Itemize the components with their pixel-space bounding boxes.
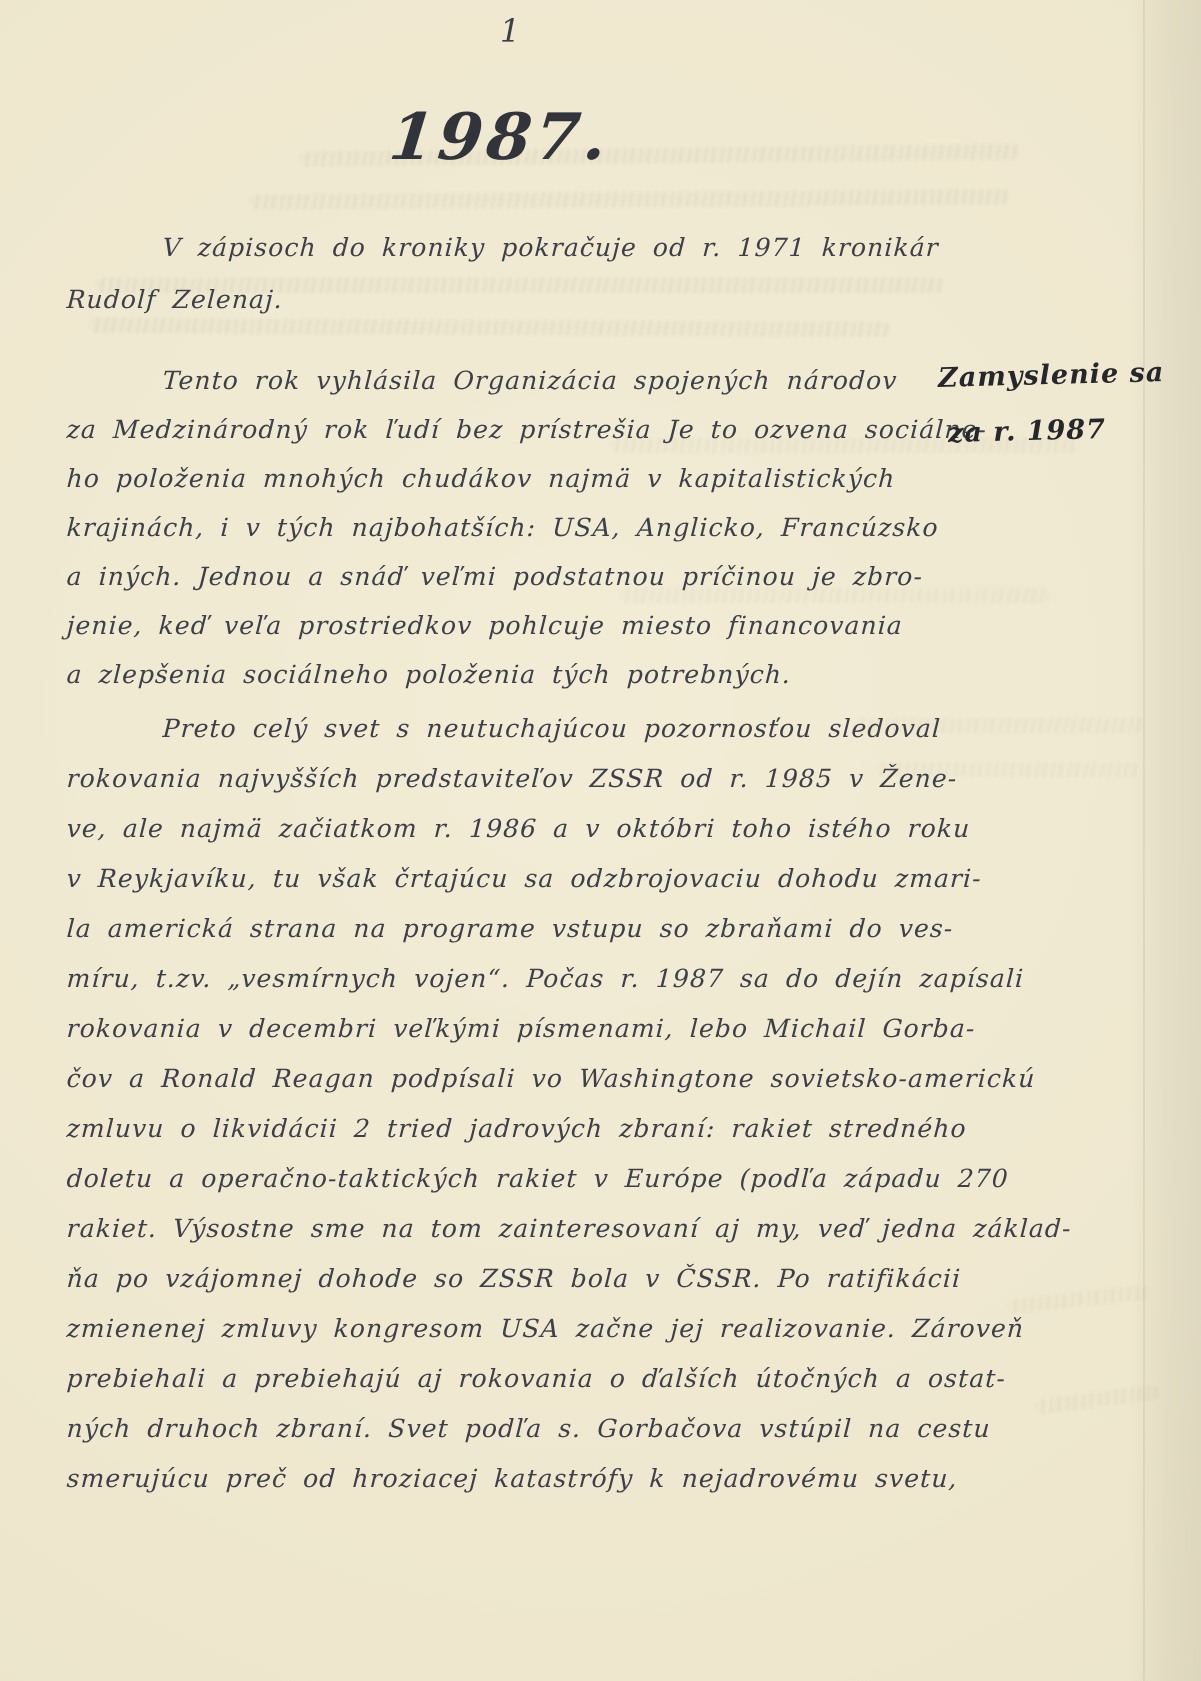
text-line: Preto celý svet s neutuchajúcou pozornos… bbox=[65, 704, 1068, 754]
text-line: a iných. Jednou a snáď veľmi podstatnou … bbox=[65, 552, 1068, 601]
text-line: jenie, keď veľa prostriedkov pohlcuje mi… bbox=[65, 601, 1068, 650]
bleedthrough-mark bbox=[250, 189, 1010, 209]
text-line: rakiet. Výsostne sme na tom zainteresova… bbox=[65, 1204, 1068, 1254]
text-line: rokovania v decembri veľkými písmenami, … bbox=[65, 1004, 1068, 1054]
paragraph-intro: V zápisoch do kroniky pokračuje od r. 19… bbox=[68, 222, 1068, 326]
text-line: zmluvu o likvidácii 2 tried jadrových zb… bbox=[65, 1104, 1068, 1154]
page-crease bbox=[1143, 0, 1145, 1681]
text-line: Rudolf Zelenaj. bbox=[65, 274, 1068, 326]
chronicle-page: 1 1987. V zápisoch do kroniky pokračuje … bbox=[0, 0, 1201, 1681]
text-line: ho položenia mnohých chudákov najmä v ka… bbox=[65, 454, 1068, 503]
page-number: 1 bbox=[0, 12, 1020, 50]
text-line: rokovania najvyšších predstaviteľov ZSSR… bbox=[65, 754, 1068, 804]
text-line: čov a Ronald Reagan podpísali vo Washing… bbox=[65, 1054, 1068, 1104]
text-line: krajinách, i v tých najbohatších: USA, A… bbox=[65, 503, 1068, 552]
text-line: zmienenej zmluvy kongresom USA začne jej… bbox=[65, 1304, 1068, 1354]
text-line: za Medzinárodný rok ľudí bez prístrešia … bbox=[65, 405, 1068, 454]
text-line: v Reykjavíku, tu však črtajúcu sa odzbro… bbox=[65, 854, 1068, 904]
paragraph-un-year: Tento rok vyhlásila Organizácia spojenýc… bbox=[68, 356, 1068, 699]
margin-note-title: Zamyslenie sa bbox=[938, 357, 1165, 394]
margin-note-year: za r. 1987 bbox=[948, 414, 1107, 449]
text-line: ňa po vzájomnej dohode so ZSSR bola v ČS… bbox=[65, 1254, 1068, 1304]
text-line: míru, t.zv. „vesmírnych vojen“. Počas r.… bbox=[65, 954, 1068, 1004]
text-line: doletu a operačno-taktických rakiet v Eu… bbox=[65, 1154, 1068, 1204]
text-line: ných druhoch zbraní. Svet podľa s. Gorba… bbox=[65, 1404, 1068, 1454]
text-line: prebiehali a prebiehajú aj rokovania o ď… bbox=[65, 1354, 1068, 1404]
text-line: la americká strana na programe vstupu so… bbox=[65, 904, 1068, 954]
year-title: 1987. bbox=[0, 100, 1004, 175]
paragraph-disarmament: Preto celý svet s neutuchajúcou pozornos… bbox=[68, 704, 1068, 1504]
text-line: a zlepšenia sociálneho položenia tých po… bbox=[65, 650, 1068, 699]
text-line: smerujúcu preč od hroziacej katastrófy k… bbox=[65, 1454, 1068, 1504]
text-line: V zápisoch do kroniky pokračuje od r. 19… bbox=[65, 222, 1068, 274]
text-line: Tento rok vyhlásila Organizácia spojenýc… bbox=[65, 356, 1068, 405]
text-line: ve, ale najmä začiatkom r. 1986 a v októ… bbox=[65, 804, 1068, 854]
